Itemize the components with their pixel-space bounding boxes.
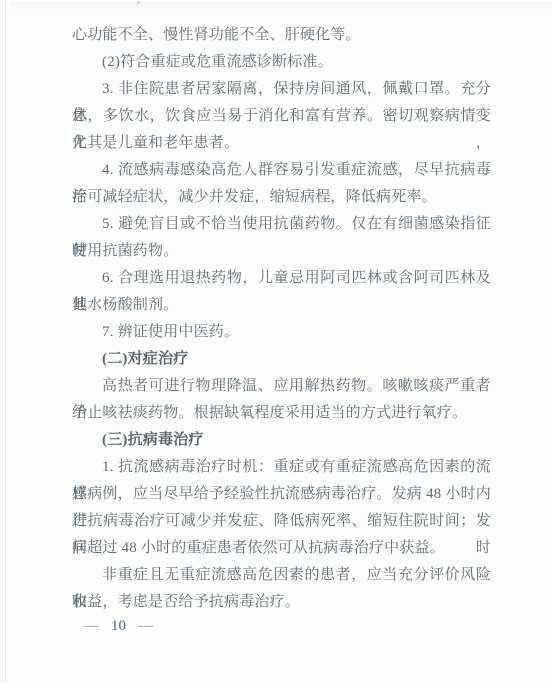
text-line: 息，多饮水，饮食应当易于消化和富有营养。密切观察病情变化， bbox=[72, 103, 491, 130]
text-line: 1. 抗流感病毒治疗时机：重症或有重症流感高危因素的流感 bbox=[72, 454, 491, 481]
text-line: (二)对症治疗 bbox=[72, 346, 491, 373]
scan-top-shadow bbox=[10, 2, 552, 11]
page-footer: —10— bbox=[84, 615, 153, 637]
text-line: 3. 非住院患者居家隔离，保持房间通风，佩戴口罩。充分休 bbox=[72, 76, 491, 103]
scan-left-edge bbox=[5, 0, 6, 683]
document-page: 心功能不全、慢性肾功能不全、肝硬化等。(2)符合重症或危重流感诊断标准。3. 非… bbox=[0, 0, 552, 683]
text-line: 收益，考虑是否给予抗病毒治疗。 bbox=[72, 589, 491, 616]
text-line: 6. 合理选用退热药物，儿童忌用阿司匹林或含阿司匹林及其 bbox=[72, 265, 491, 292]
text-line: 心功能不全、慢性肾功能不全、肝硬化等。 bbox=[72, 22, 491, 49]
text-line: 5. 避免盲目或不恰当使用抗菌药物。仅在有细菌感染指征时 bbox=[72, 211, 491, 238]
text-line: 样病例，应当尽早给予经验性抗流感病毒治疗。发病 48 小时内进 bbox=[72, 481, 491, 508]
text-line: 高热者可进行物理降温、应用解热药物。咳嗽咳痰严重者给 bbox=[72, 373, 491, 400]
text-line: 4. 流感病毒感染高危人群容易引发重症流感，尽早抗病毒治 bbox=[72, 157, 491, 184]
text-line: (三)抗病毒治疗 bbox=[72, 427, 491, 454]
document-body: 心功能不全、慢性肾功能不全、肝硬化等。(2)符合重症或危重流感诊断标准。3. 非… bbox=[72, 22, 491, 616]
text-line: 7. 辨证使用中医药。 bbox=[72, 319, 491, 346]
text-line: 予止咳祛痰药物。根据缺氧程度采用适当的方式进行氧疗。 bbox=[72, 400, 491, 427]
text-line: 间超过 48 小时的重症患者依然可从抗病毒治疗中获益。 bbox=[72, 535, 491, 562]
footer-dash-right: — bbox=[138, 618, 153, 634]
text-line: (2)符合重症或危重流感诊断标准。 bbox=[72, 49, 491, 76]
footer-dash-left: — bbox=[84, 618, 99, 634]
text-line: 非重症且无重症流感高危因素的患者，应当充分评价风险和 bbox=[72, 562, 491, 589]
page-number: 10 bbox=[111, 618, 126, 634]
text-line: 行抗病毒治疗可减少并发症、降低病死率、缩短住院时间；发病时 bbox=[72, 508, 491, 535]
text-line: 疗可减轻症状，减少并发症，缩短病程，降低病死率。 bbox=[72, 184, 491, 211]
text-line: 他水杨酸制剂。 bbox=[72, 292, 491, 319]
scan-artifact bbox=[137, 1, 140, 4]
text-line: 使用抗菌药物。 bbox=[72, 238, 491, 265]
